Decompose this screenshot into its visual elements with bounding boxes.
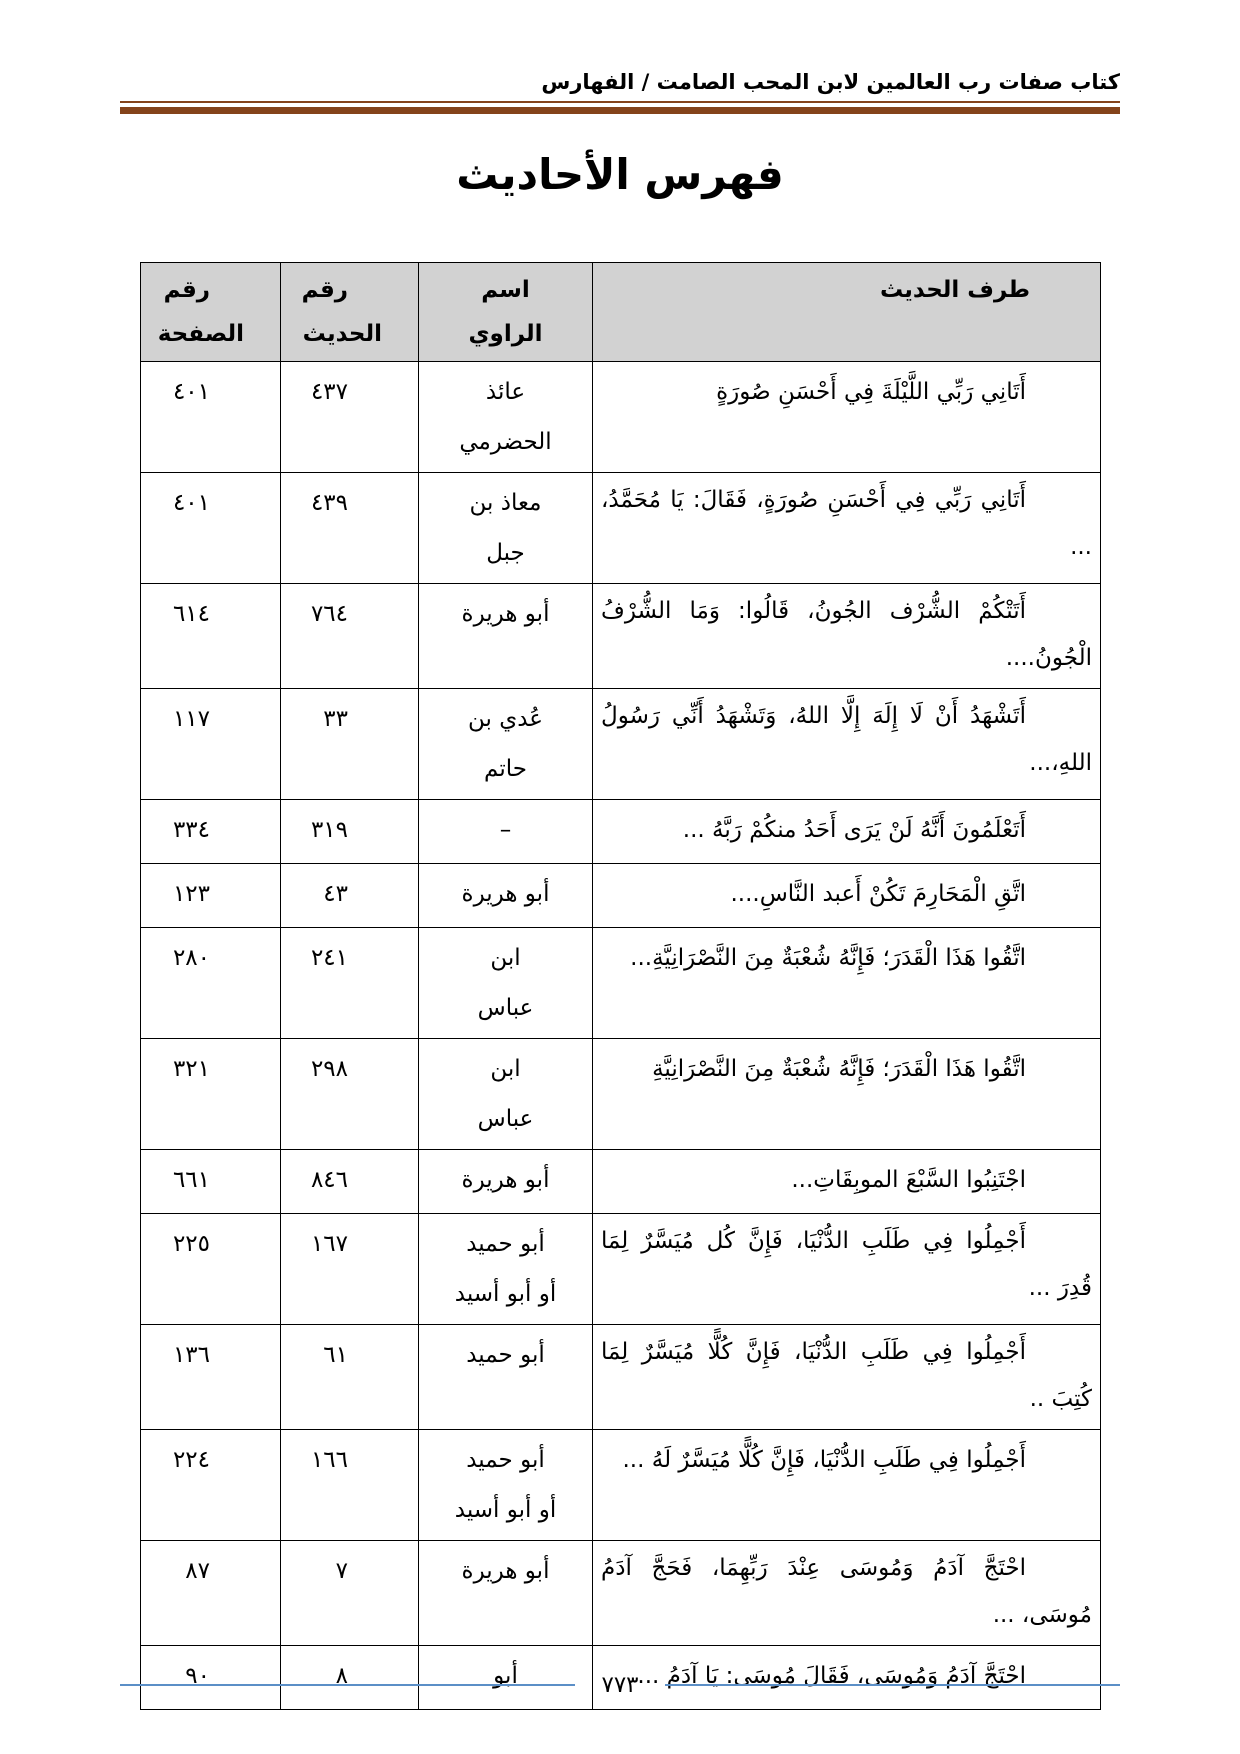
hadith-text-cell: أَجْمِلُوا فِي طَلَبِ الدُّنْيَا، فَإِنَ… [593, 1214, 1101, 1325]
column-header-hadith-number-line1: رقم [289, 268, 410, 312]
hadith-number: ٧ [289, 1546, 410, 1596]
hadith-text-cell: اتَّقِ الْمَحَارِمَ تَكُنْ أَعبد النَّاس… [593, 864, 1101, 928]
page-number: ٨٧ [149, 1546, 272, 1596]
hadith-number: ٤٣٩ [289, 478, 410, 528]
narrator-line: أو أبو أسيد [427, 1485, 584, 1535]
column-header-hadith-number: رقم الحديث [281, 263, 419, 362]
hadith-text-line: ... [601, 522, 1092, 572]
hadith-number: ٣٣ [289, 694, 410, 744]
hadith-number-cell: ١٦٧ [281, 1214, 419, 1325]
page-number: ١٢٣ [149, 869, 272, 919]
hadith-text-line: أَتَانِي رَبِّي فِي أَحْسَنِ صُورَةٍ، فَ… [601, 478, 1092, 522]
narrator-line: معاذ بن [427, 478, 584, 528]
hadith-number: ٨٤٦ [289, 1155, 410, 1205]
table-row: اجْتَنِبُوا السَّبْعَ الموبِقَاتِ...أبو … [141, 1150, 1101, 1214]
hadith-text-line: اللهِ،... [601, 738, 1092, 788]
page-number-cell: ٦٦١ [141, 1150, 281, 1214]
column-header-hadith-number-line2: الحديث [289, 312, 410, 356]
narrator-cell: أبو هريرة [419, 1150, 593, 1214]
table-row: اتَّقِ الْمَحَارِمَ تَكُنْ أَعبد النَّاس… [141, 864, 1101, 928]
narrator-line: أبو حميد [427, 1330, 584, 1380]
footer-rule-right [665, 1684, 1120, 1686]
hadith-text-cell: أَجْمِلُوا فِي طَلَبِ الدُّنْيَا، فَإِنَ… [593, 1430, 1101, 1541]
page-number-cell: ٣٣٤ [141, 800, 281, 864]
footer-rule-left [120, 1684, 575, 1686]
narrator-cell: أبو هريرة [419, 584, 593, 689]
hadith-number: ٦١ [289, 1330, 410, 1380]
hadith-text-line: أَجْمِلُوا فِي طَلَبِ الدُّنْيَا، فَإِنَ… [601, 1219, 1092, 1263]
page-number-cell: ٢٢٤ [141, 1430, 281, 1541]
narrator-line: أبو حميد [427, 1219, 584, 1269]
page-number: ٢٢٤ [149, 1435, 272, 1485]
hadith-number: ٤٣ [289, 869, 410, 919]
table-row: اتَّقُوا هَذَا الْقَدَرَ؛ فَإِنَّهُ شُعْ… [141, 1039, 1101, 1150]
scanned-book-page: { "page": { "running_head": "كتاب صفات ر… [0, 0, 1240, 1754]
page-number-cell: ٢٨٠ [141, 928, 281, 1039]
narrator-cell: ابنعباس [419, 928, 593, 1039]
hadith-text-line: كُتِبَ .. [601, 1374, 1092, 1424]
table-row: أَجْمِلُوا فِي طَلَبِ الدُّنْيَا، فَإِنَ… [141, 1325, 1101, 1430]
hadith-text-line: اجْتَنِبُوا السَّبْعَ الموبِقَاتِ... [601, 1155, 1092, 1205]
hadith-number: ٢٤١ [289, 933, 410, 983]
hadith-text-line: احْتَجَّ آدَمُ وَمُوسَى عِنْدَ رَبِّهِمَ… [601, 1546, 1092, 1590]
hadith-number-cell: ٧ [281, 1541, 419, 1646]
page-number: ٣٢١ [149, 1044, 272, 1094]
hadith-number: ١٦٦ [289, 1435, 410, 1485]
page-number-cell: ٤٠١ [141, 362, 281, 473]
narrator-cell: أبو حميدأو أبو أسيد [419, 1214, 593, 1325]
page-number-cell: ١٣٦ [141, 1325, 281, 1430]
hadith-text-line: أَجْمِلُوا فِي طَلَبِ الدُّنْيَا، فَإِنَ… [601, 1330, 1092, 1374]
narrator-line: أو أبو أسيد [427, 1269, 584, 1319]
column-header-narrator-line2: الراوي [427, 312, 584, 356]
page-number-cell: ١١٧ [141, 689, 281, 800]
hadith-number-cell: ٤٣٧ [281, 362, 419, 473]
hadith-number-cell: ٣٣ [281, 689, 419, 800]
hadith-text-line: اتَّقُوا هَذَا الْقَدَرَ؛ فَإِنَّهُ شُعْ… [601, 1044, 1092, 1094]
table-header-row: طرف الحديث اسم الراوي رقم الحديث رقم الص… [141, 263, 1101, 362]
narrator-cell: معاذ بنجبل [419, 473, 593, 584]
hadith-text-cell: أَجْمِلُوا فِي طَلَبِ الدُّنْيَا، فَإِنَ… [593, 1325, 1101, 1430]
hadith-text-cell: اتَّقُوا هَذَا الْقَدَرَ؛ فَإِنَّهُ شُعْ… [593, 1039, 1101, 1150]
running-head: كتاب صفات رب العالمين لابن المحب الصامت … [120, 70, 1120, 94]
hadith-number: ٤٣٧ [289, 367, 410, 417]
hadith-text-cell: اتَّقُوا هَذَا الْقَدَرَ؛ فَإِنَّهُ شُعْ… [593, 928, 1101, 1039]
page-title: فهرس الأحاديث [0, 150, 1240, 199]
hadith-text-cell: أَتَانِي رَبِّي اللَّيْلَةَ فِي أَحْسَنِ… [593, 362, 1101, 473]
column-header-narrator-line1: اسم [427, 268, 584, 312]
page-number: ٦٦١ [149, 1155, 272, 1205]
head-rule-thick [120, 107, 1120, 114]
hadith-text-line: أَتَشْهَدُ أَنْ لَا إِلَهَ إِلَّا اللهُ،… [601, 694, 1092, 738]
column-header-hadith-text-label: طرف الحديث [601, 268, 1092, 312]
hadith-text-line: اتَّقِ الْمَحَارِمَ تَكُنْ أَعبد النَّاس… [601, 869, 1092, 919]
table-row: أَتَشْهَدُ أَنْ لَا إِلَهَ إِلَّا اللهُ،… [141, 689, 1101, 800]
narrator-cell: أبو حميد [419, 1325, 593, 1430]
hadith-text-line: أَتَتْكُمْ الشُّرْف الجُونُ، قَالُوا: وَ… [601, 589, 1092, 633]
footer-page-number: ٧٧٣ [601, 1668, 638, 1702]
hadith-text-line: مُوسَى، ... [601, 1590, 1092, 1640]
narrator-line: أبو هريرة [427, 1155, 584, 1205]
narrator-cell: عُدي بنحاتم [419, 689, 593, 800]
hadith-number-cell: ٨٤٦ [281, 1150, 419, 1214]
hadith-text-cell: أَتَشْهَدُ أَنْ لَا إِلَهَ إِلَّا اللهُ،… [593, 689, 1101, 800]
hadith-text-line: الْجُونُ.... [601, 633, 1092, 683]
hadith-text-cell: احْتَجَّ آدَمُ وَمُوسَى عِنْدَ رَبِّهِمَ… [593, 1541, 1101, 1646]
narrator-line: عباس [427, 983, 584, 1033]
page-number-cell: ٨٧ [141, 1541, 281, 1646]
hadith-number-cell: ١٦٦ [281, 1430, 419, 1541]
table-row: أَجْمِلُوا فِي طَلَبِ الدُّنْيَا، فَإِنَ… [141, 1430, 1101, 1541]
table-row: أَتَتْكُمْ الشُّرْف الجُونُ، قَالُوا: وَ… [141, 584, 1101, 689]
hadith-text-line: أَتَعْلَمُونَ أَنَّهُ لَنْ يَرَى أَحَدُ … [601, 805, 1092, 855]
narrator-line: ابن [427, 1044, 584, 1094]
hadith-number-cell: ٤٣ [281, 864, 419, 928]
narrator-line: أبو هريرة [427, 589, 584, 639]
narrator-line: الحضرمي [427, 417, 584, 467]
narrator-cell: أبو هريرة [419, 1541, 593, 1646]
hadith-text-line: اتَّقُوا هَذَا الْقَدَرَ؛ فَإِنَّهُ شُعْ… [601, 933, 1092, 983]
hadith-number-cell: ٤٣٩ [281, 473, 419, 584]
table-row: أَتَانِي رَبِّي اللَّيْلَةَ فِي أَحْسَنِ… [141, 362, 1101, 473]
narrator-line: جبل [427, 528, 584, 578]
hadith-number: ٣١٩ [289, 805, 410, 855]
narrator-cell: أبو هريرة [419, 864, 593, 928]
page-number-cell: ٤٠١ [141, 473, 281, 584]
hadith-text-line: أَجْمِلُوا فِي طَلَبِ الدُّنْيَا، فَإِنَ… [601, 1435, 1092, 1485]
page-number: ٤٠١ [149, 367, 272, 417]
hadith-number-cell: ٧٦٤ [281, 584, 419, 689]
column-header-page-number-line1: رقم [149, 268, 272, 312]
page-number: ٤٠١ [149, 478, 272, 528]
hadith-number-cell: ٢٩٨ [281, 1039, 419, 1150]
page-number: ٢٢٥ [149, 1219, 272, 1269]
hadith-number: ٧٦٤ [289, 589, 410, 639]
narrator-cell: ابنعباس [419, 1039, 593, 1150]
page-number: ٦١٤ [149, 589, 272, 639]
narrator-cell: – [419, 800, 593, 864]
hadith-number: ١٦٧ [289, 1219, 410, 1269]
column-header-hadith-text: طرف الحديث [593, 263, 1101, 362]
hadith-number-cell: ٣١٩ [281, 800, 419, 864]
column-header-page-number-line2: الصفحة [149, 312, 272, 356]
narrator-line: عباس [427, 1094, 584, 1144]
hadith-number: ٢٩٨ [289, 1044, 410, 1094]
narrator-line: ابن [427, 933, 584, 983]
column-header-page-number: رقم الصفحة [141, 263, 281, 362]
hadith-text-cell: أَتَتْكُمْ الشُّرْف الجُونُ، قَالُوا: وَ… [593, 584, 1101, 689]
hadith-number-cell: ٦١ [281, 1325, 419, 1430]
hadith-text-cell: اجْتَنِبُوا السَّبْعَ الموبِقَاتِ... [593, 1150, 1101, 1214]
page-number-cell: ٣٢١ [141, 1039, 281, 1150]
hadith-text-cell: أَتَعْلَمُونَ أَنَّهُ لَنْ يَرَى أَحَدُ … [593, 800, 1101, 864]
table-row: أَجْمِلُوا فِي طَلَبِ الدُّنْيَا، فَإِنَ… [141, 1214, 1101, 1325]
narrator-line: أبو حميد [427, 1435, 584, 1485]
narrator-line: حاتم [427, 744, 584, 794]
narrator-line: عائذ [427, 367, 584, 417]
narrator-cell: عائذالحضرمي [419, 362, 593, 473]
narrator-line: عُدي بن [427, 694, 584, 744]
page-number: ١٣٦ [149, 1330, 272, 1380]
page-number: ٢٨٠ [149, 933, 272, 983]
narrator-cell: أبو حميدأو أبو أسيد [419, 1430, 593, 1541]
column-header-narrator: اسم الراوي [419, 263, 593, 362]
head-rule-thin [120, 101, 1120, 103]
table-row: أَتَانِي رَبِّي فِي أَحْسَنِ صُورَةٍ، فَ… [141, 473, 1101, 584]
narrator-line: أبو هريرة [427, 869, 584, 919]
page-number: ١١٧ [149, 694, 272, 744]
narrator-line: أبو هريرة [427, 1546, 584, 1596]
page-number-cell: ٦١٤ [141, 584, 281, 689]
table-row: احْتَجَّ آدَمُ وَمُوسَى عِنْدَ رَبِّهِمَ… [141, 1541, 1101, 1646]
page-number: ٣٣٤ [149, 805, 272, 855]
table-row: اتَّقُوا هَذَا الْقَدَرَ؛ فَإِنَّهُ شُعْ… [141, 928, 1101, 1039]
table-row: أَتَعْلَمُونَ أَنَّهُ لَنْ يَرَى أَحَدُ … [141, 800, 1101, 864]
hadith-text-line: قُدِرَ ... [601, 1263, 1092, 1313]
narrator-line: – [427, 805, 584, 855]
page-number-cell: ٢٢٥ [141, 1214, 281, 1325]
hadith-index-table: طرف الحديث اسم الراوي رقم الحديث رقم الص… [140, 262, 1101, 1710]
page-footer: ٧٧٣ [120, 1668, 1120, 1702]
hadith-number-cell: ٢٤١ [281, 928, 419, 1039]
hadith-text-cell: أَتَانِي رَبِّي فِي أَحْسَنِ صُورَةٍ، فَ… [593, 473, 1101, 584]
hadith-text-line: أَتَانِي رَبِّي اللَّيْلَةَ فِي أَحْسَنِ… [601, 367, 1092, 417]
page-number-cell: ١٢٣ [141, 864, 281, 928]
